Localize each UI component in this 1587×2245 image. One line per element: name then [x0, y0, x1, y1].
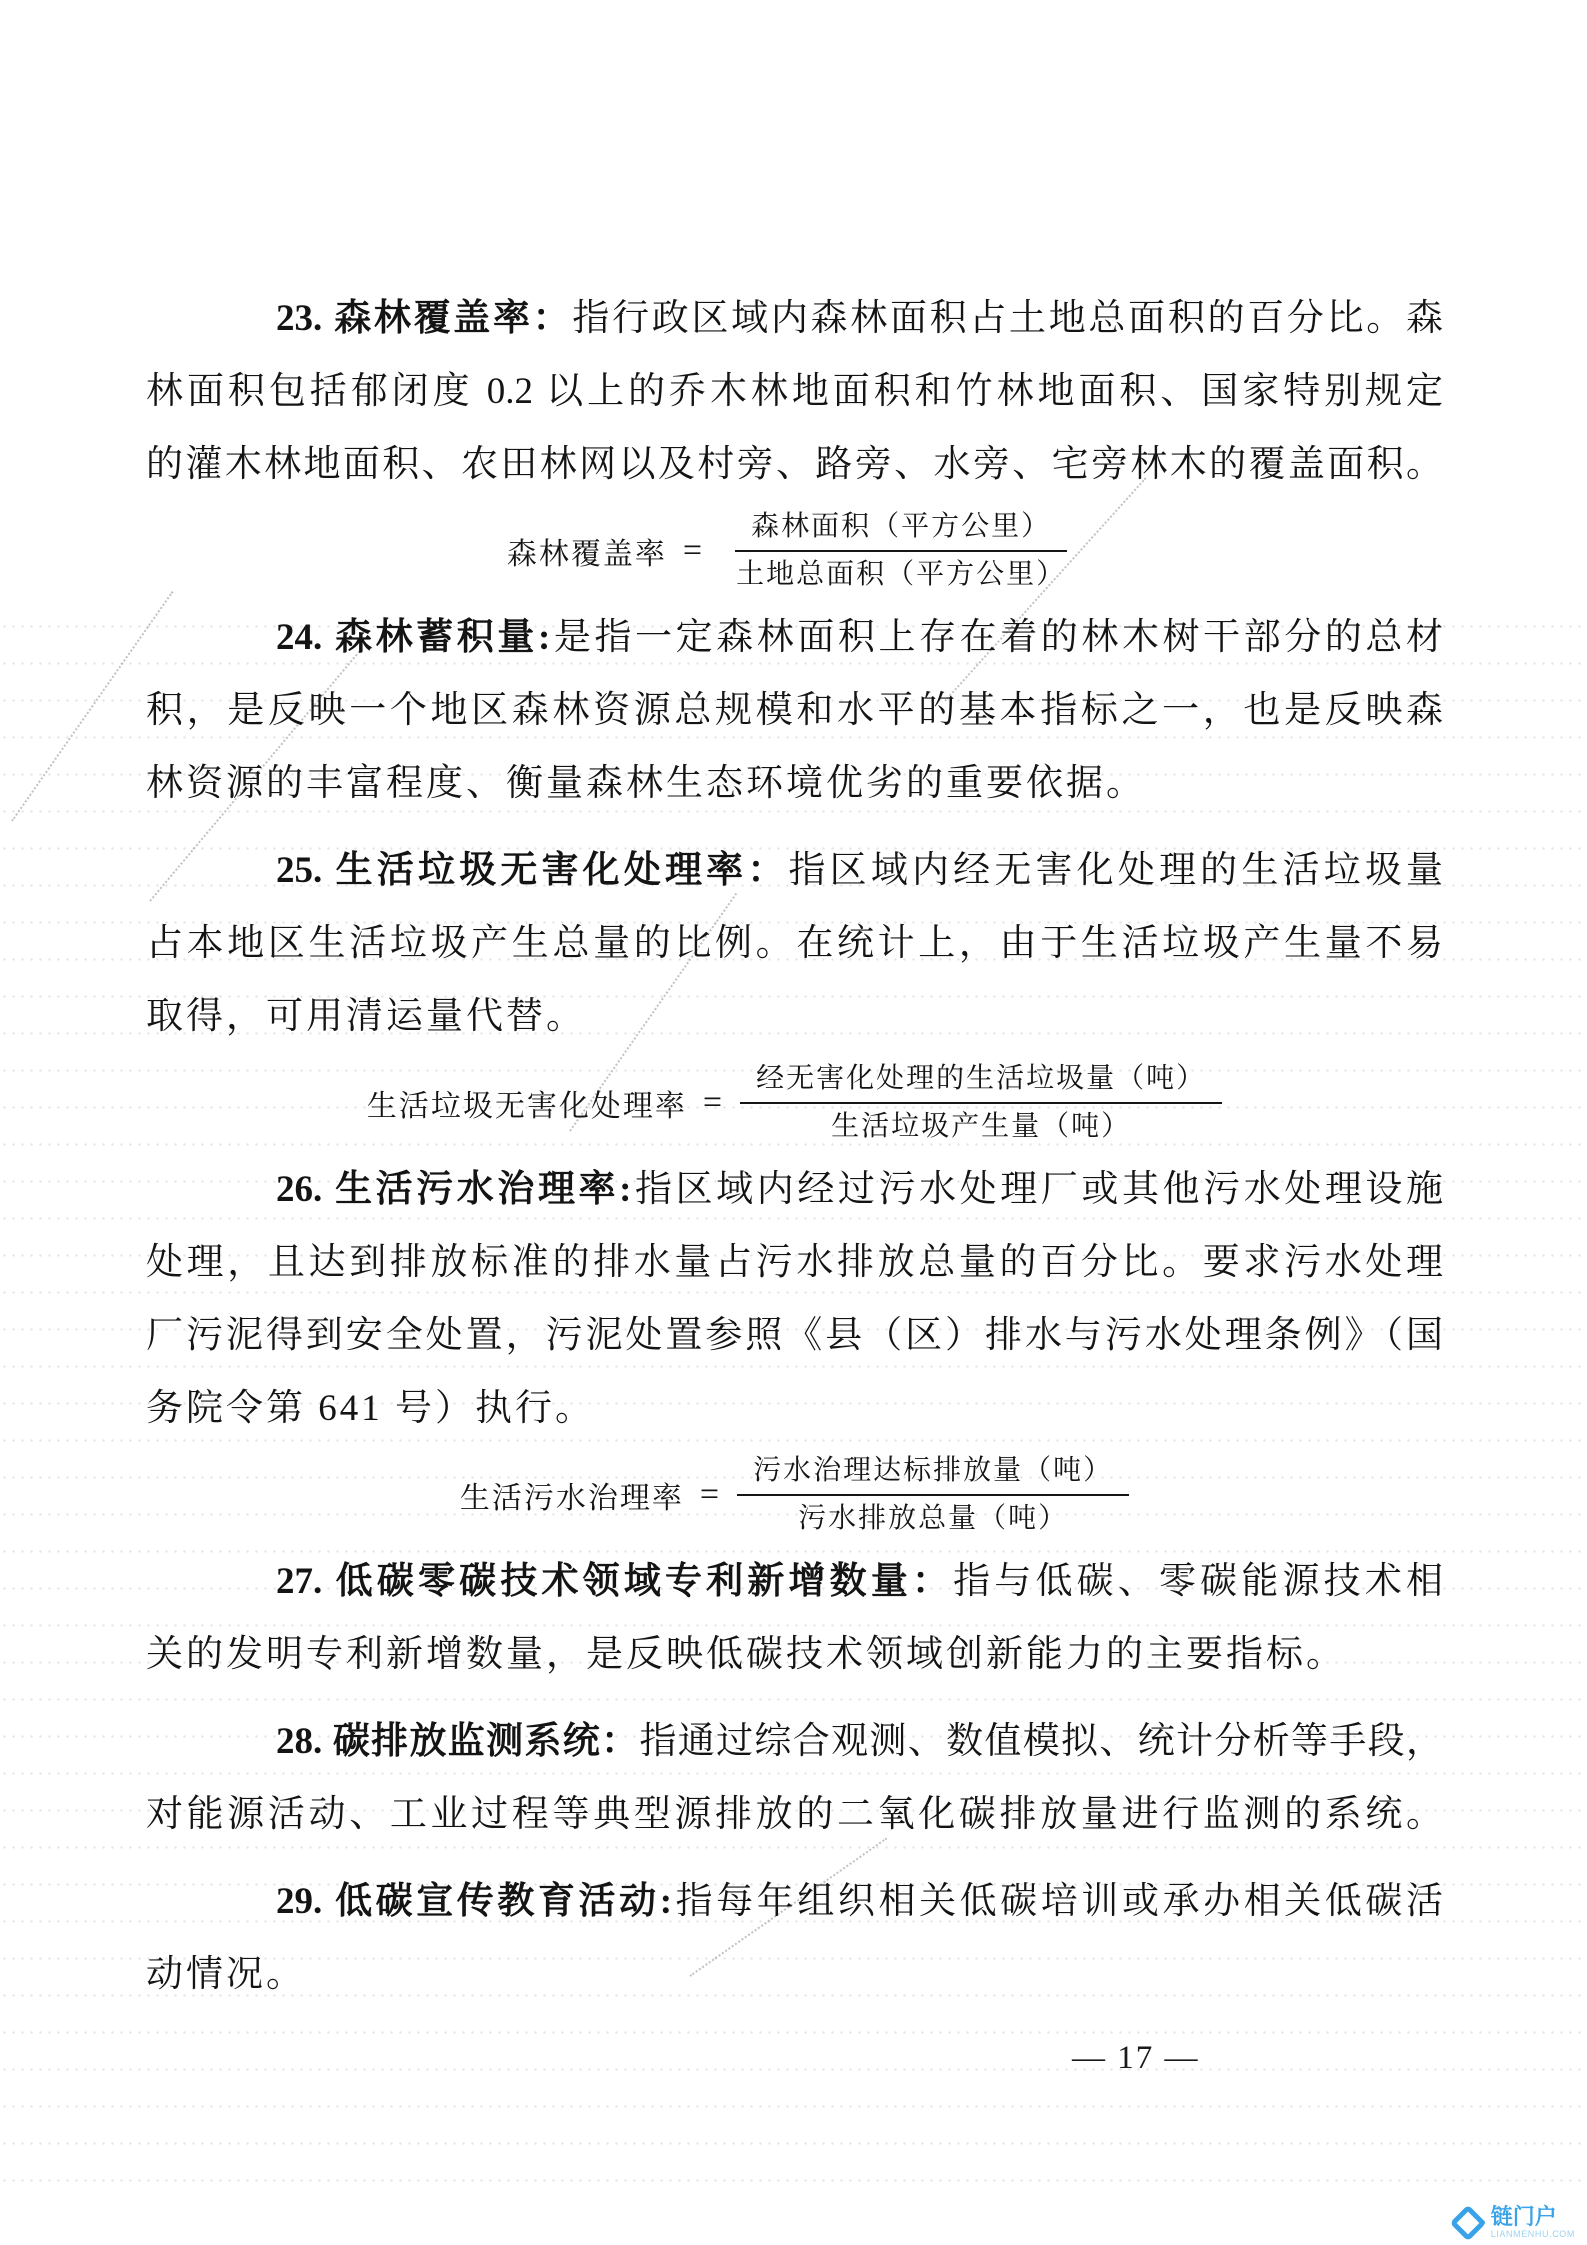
definition-item-25: 25. 生活垃圾无害化处理率：指区域内经无害化处理的生活垃圾量 占本地区生活垃圾…	[146, 834, 1443, 1053]
term-label: 26. 生活污水治理率:	[276, 1169, 631, 1210]
text-line: 处理，且达到排放标准的排水量占污水排放总量的百分比。要求污水处理	[146, 1226, 1443, 1299]
page-number: — 17 —	[1072, 2040, 1200, 2077]
numerator: 森林面积（平方公里）	[735, 509, 1067, 552]
text-line: 林资源的丰富程度、衡量森林生态环境优劣的重要依据。	[146, 747, 1443, 820]
definition-text: 指通过综合观测、数值模拟、统计分析等手段，	[639, 1721, 1443, 1762]
definition-text: 指与低碳、零碳能源技术相	[953, 1561, 1443, 1602]
denominator: 污水排放总量（吨）	[782, 1496, 1084, 1537]
fraction: 污水治理达标排放量（吨） 污水排放总量（吨）	[737, 1453, 1129, 1538]
fraction: 森林面积（平方公里） 土地总面积（平方公里）	[720, 509, 1082, 594]
formula-lhs: 生活垃圾无害化处理率	[367, 1081, 687, 1125]
text-line: 26. 生活污水治理率:指区域内经过污水处理厂或其他污水处理设施	[146, 1153, 1443, 1226]
text-line: 28. 碳排放监测系统：指通过综合观测、数值模拟、统计分析等手段，	[146, 1705, 1443, 1778]
definition-text: 指区域内经无害化处理的生活垃圾量	[789, 850, 1444, 891]
definition-item-23: 23. 森林覆盖率：指行政区域内森林面积占土地总面积的百分比。森 林面积包括郁闭…	[146, 282, 1443, 501]
definition-item-26: 26. 生活污水治理率:指区域内经过污水处理厂或其他污水处理设施 处理，且达到排…	[146, 1153, 1443, 1445]
watermark-brand: 链门户	[1491, 2206, 1575, 2228]
definition-item-24: 24. 森林蓄积量:是指一定森林面积上存在着的林木树干部分的总材 积，是反映一个…	[146, 601, 1443, 820]
equals-sign: =	[700, 1476, 721, 1514]
text-line: 的灌木林地面积、农田林网以及村旁、路旁、水旁、宅旁林木的覆盖面积。	[146, 428, 1443, 501]
text-line: 取得，可用清运量代替。	[146, 980, 1443, 1053]
fraction: 经无害化处理的生活垃圾量（吨） 生活垃圾产生量（吨）	[740, 1061, 1222, 1146]
logo-dot	[1480, 2220, 1485, 2225]
text-line: 林面积包括郁闭度 0.2 以上的乔木林地面积和竹林地面积、国家特别规定	[146, 355, 1443, 428]
text-line: 务院令第 641 号）执行。	[146, 1372, 1443, 1445]
denominator: 生活垃圾产生量（吨）	[815, 1104, 1147, 1145]
text-line: 厂污泥得到安全处置，污泥处置参照《县（区）排水与污水处理条例》（国	[146, 1299, 1443, 1372]
term-label: 27. 低碳零碳技术领域专利新增数量：	[276, 1561, 953, 1602]
formula-forest-coverage-rate: 森林覆盖率 = 森林面积（平方公里） 土地总面积（平方公里）	[146, 501, 1443, 601]
text-line: 关的发明专利新增数量，是反映低碳技术领域创新能力的主要指标。	[146, 1618, 1443, 1691]
definition-text: 指行政区域内森林面积占土地总面积的百分比。森	[572, 298, 1443, 339]
watermark-text: 链门户 LIANMENHU.COM	[1491, 2206, 1575, 2239]
text-line: 27. 低碳零碳技术领域专利新增数量：指与低碳、零碳能源技术相	[146, 1545, 1443, 1618]
term-label: 28. 碳排放监测系统：	[276, 1721, 639, 1762]
formula-lhs: 森林覆盖率	[507, 529, 667, 573]
text-line: 25. 生活垃圾无害化处理率：指区域内经无害化处理的生活垃圾量	[146, 834, 1443, 907]
definition-text: 指区域内经过污水处理厂或其他污水处理设施	[631, 1169, 1443, 1210]
formula-sewage-treatment-rate: 生活污水治理率 = 污水治理达标排放量（吨） 污水排放总量（吨）	[146, 1445, 1443, 1545]
definition-text: 指每年组织相关低碳培训或承办相关低碳活	[672, 1881, 1443, 1922]
formula-waste-treatment-rate: 生活垃圾无害化处理率 = 经无害化处理的生活垃圾量（吨） 生活垃圾产生量（吨）	[146, 1053, 1443, 1153]
text-line: 24. 森林蓄积量:是指一定森林面积上存在着的林木树干部分的总材	[146, 601, 1443, 674]
term-label: 29. 低碳宣传教育活动:	[276, 1881, 672, 1922]
denominator: 土地总面积（平方公里）	[720, 552, 1082, 593]
term-label: 24. 森林蓄积量:	[276, 617, 550, 658]
definition-item-28: 28. 碳排放监测系统：指通过综合观测、数值模拟、统计分析等手段， 对能源活动、…	[146, 1705, 1443, 1851]
equals-sign: =	[683, 532, 704, 570]
numerator: 污水治理达标排放量（吨）	[737, 1453, 1129, 1496]
term-label: 23. 森林覆盖率：	[276, 298, 572, 339]
text-line: 29. 低碳宣传教育活动:指每年组织相关低碳培训或承办相关低碳活	[146, 1865, 1443, 1938]
diamond-logo-icon	[1450, 2205, 1484, 2239]
document-body: 23. 森林覆盖率：指行政区域内森林面积占土地总面积的百分比。森 林面积包括郁闭…	[146, 282, 1443, 2011]
watermark: 链门户 LIANMENHU.COM	[1450, 2205, 1575, 2239]
watermark-domain: LIANMENHU.COM	[1491, 2230, 1575, 2239]
text-line: 23. 森林覆盖率：指行政区域内森林面积占土地总面积的百分比。森	[146, 282, 1443, 355]
formula-lhs: 生活污水治理率	[460, 1473, 684, 1517]
definition-item-27: 27. 低碳零碳技术领域专利新增数量：指与低碳、零碳能源技术相 关的发明专利新增…	[146, 1545, 1443, 1691]
document-page: 23. 森林覆盖率：指行政区域内森林面积占土地总面积的百分比。森 林面积包括郁闭…	[0, 0, 1587, 2245]
text-line: 占本地区生活垃圾产生总量的比例。在统计上，由于生活垃圾产生量不易	[146, 907, 1443, 980]
definition-text: 是指一定森林面积上存在着的林木树干部分的总材	[550, 617, 1443, 658]
definition-item-29: 29. 低碳宣传教育活动:指每年组织相关低碳培训或承办相关低碳活 动情况。	[146, 1865, 1443, 2011]
text-line: 积，是反映一个地区森林资源总规模和水平的基本指标之一，也是反映森	[146, 674, 1443, 747]
term-label: 25. 生活垃圾无害化处理率：	[276, 850, 789, 891]
text-line: 对能源活动、工业过程等典型源排放的二氧化碳排放量进行监测的系统。	[146, 1778, 1443, 1851]
numerator: 经无害化处理的生活垃圾量（吨）	[740, 1061, 1222, 1104]
equals-sign: =	[703, 1084, 724, 1122]
text-line: 动情况。	[146, 1938, 1443, 2011]
